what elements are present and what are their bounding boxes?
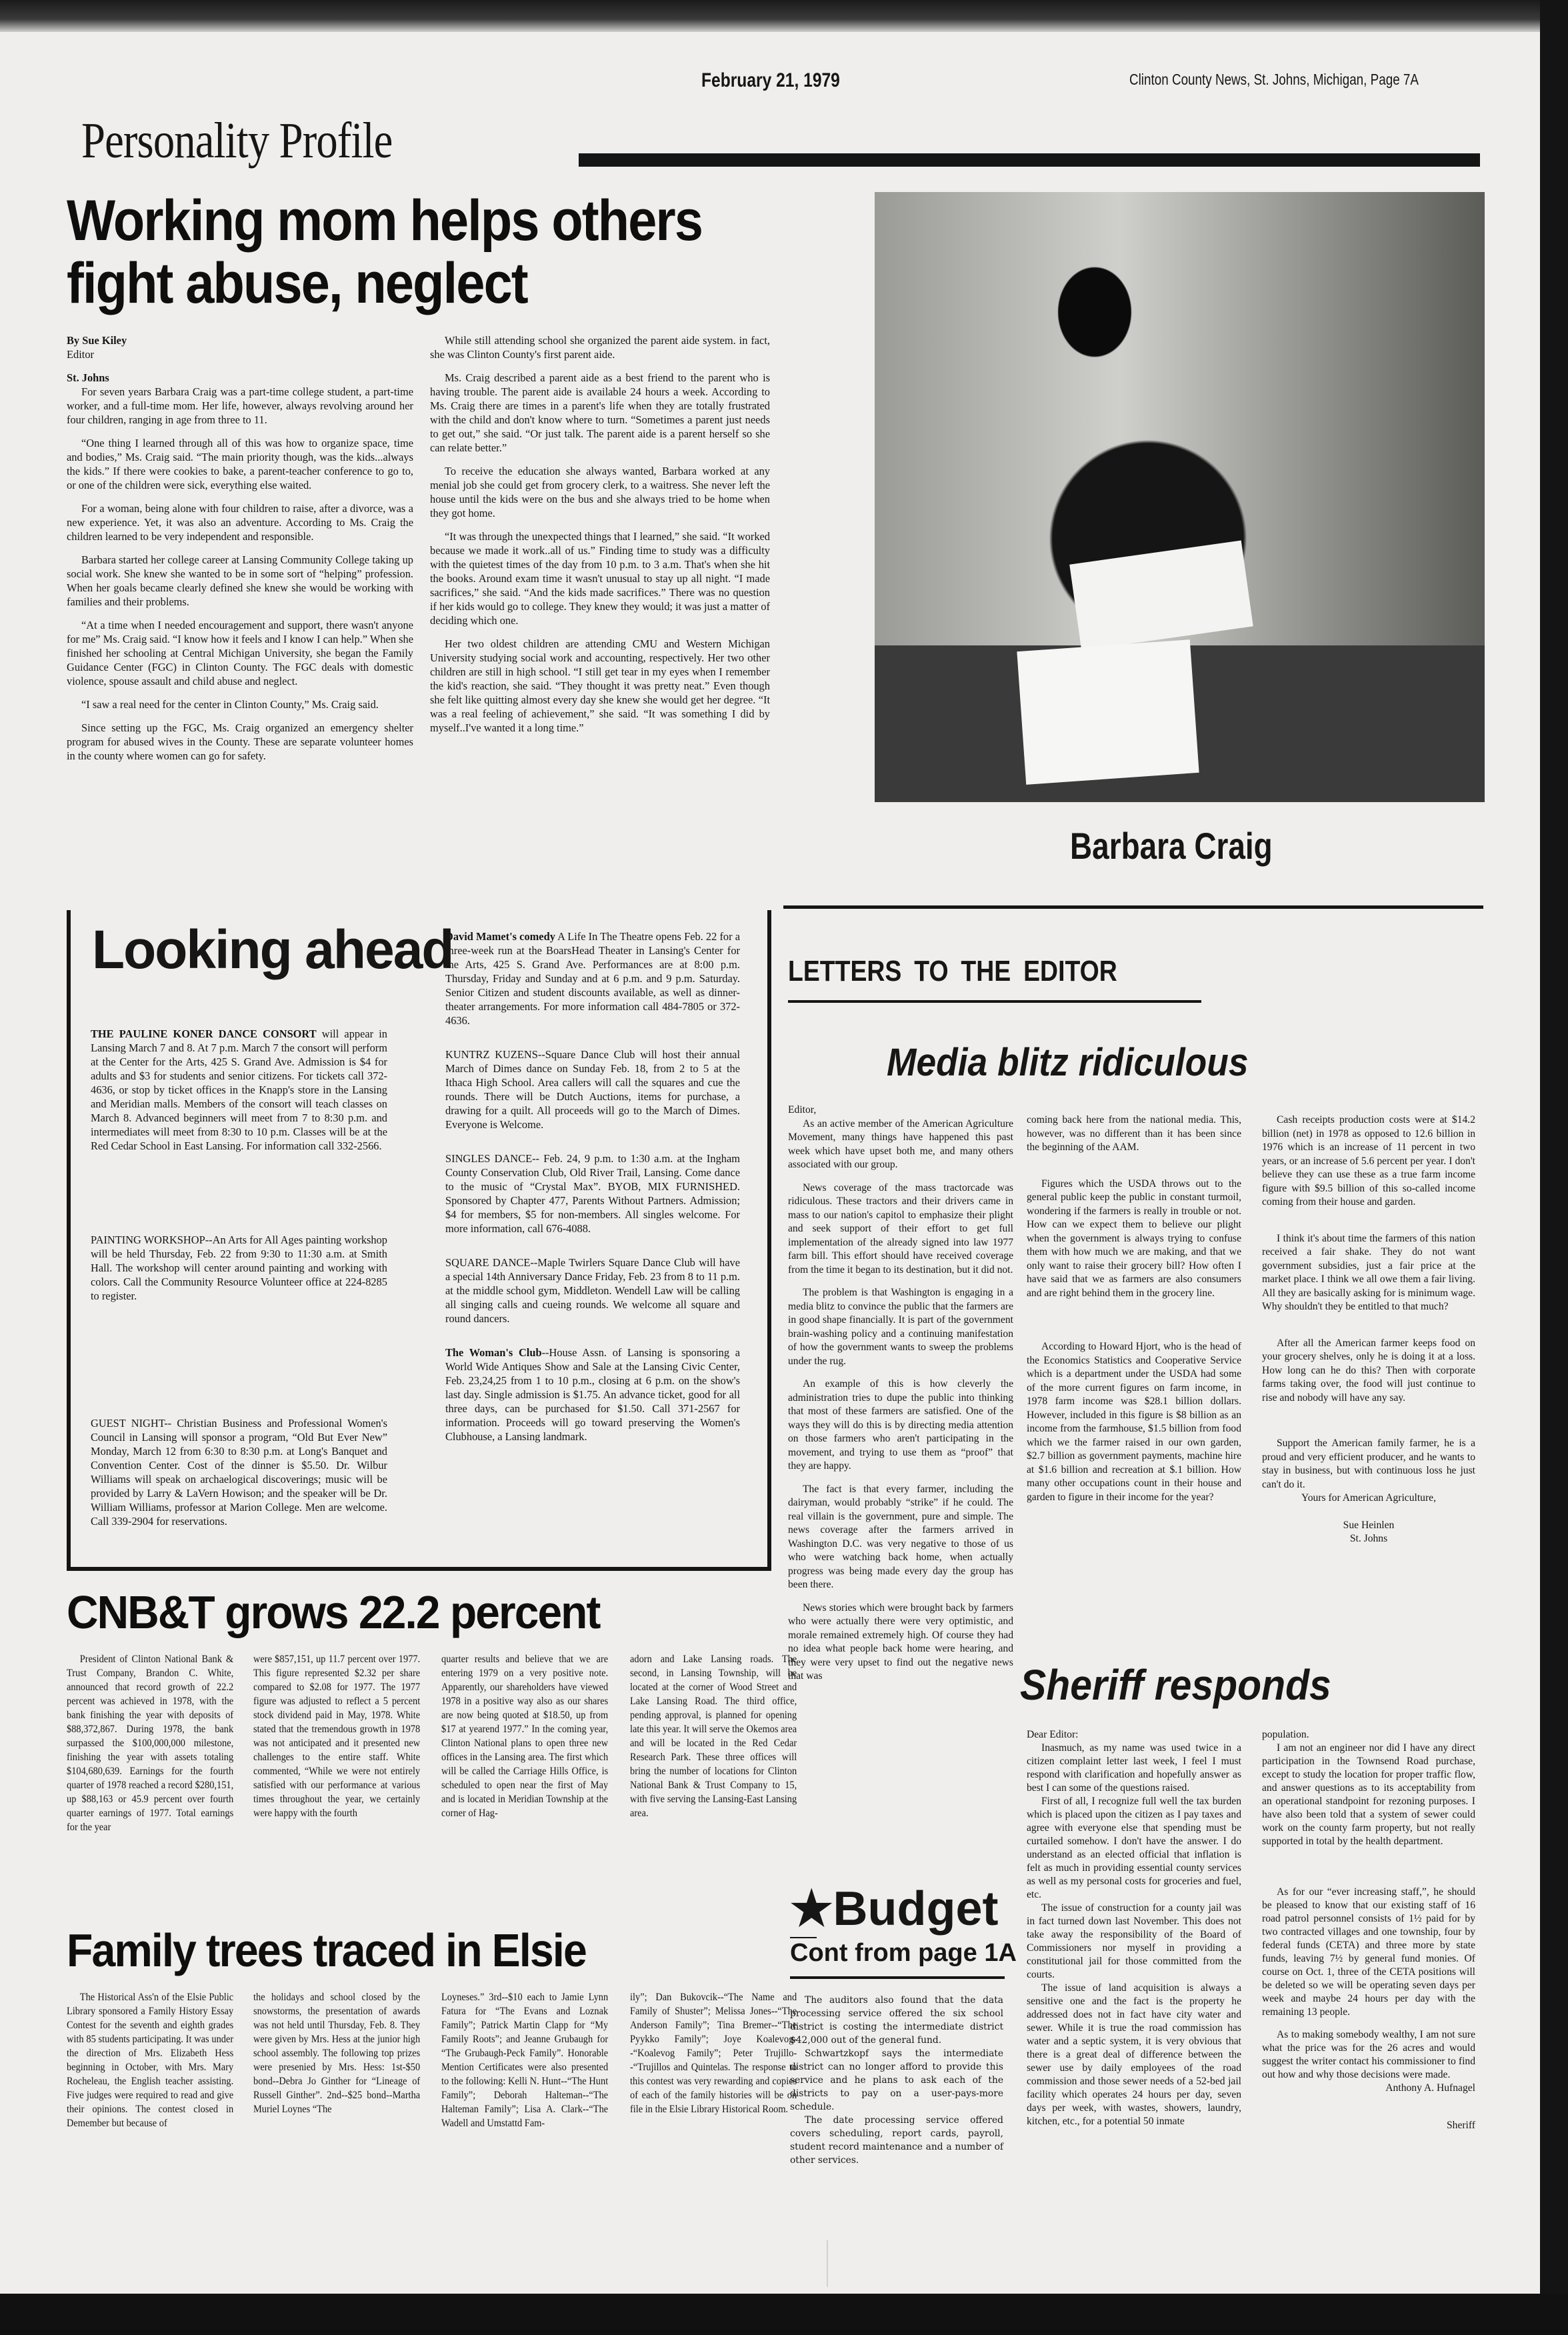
salutation: Dear Editor: bbox=[1027, 1728, 1241, 1742]
paragraph: While still attending school she organiz… bbox=[430, 333, 770, 361]
looking-ahead-left-column: THE PAULINE KONER DANCE CONSORT will app… bbox=[91, 1027, 387, 1538]
paragraph: First of all, I recognize full well the … bbox=[1027, 1795, 1241, 1902]
paragraph: Since setting up the FGC, Ms. Craig orga… bbox=[67, 721, 413, 763]
event-lead: THE PAULINE KONER DANCE CONSORT bbox=[91, 1027, 317, 1040]
paragraph: For seven years Barbara Craig was a part… bbox=[67, 385, 413, 427]
photo-papers bbox=[1017, 639, 1199, 785]
profile-column-2: While still attending school she organiz… bbox=[430, 333, 770, 744]
paragraph: The Historical Ass'n of the Elsie Public… bbox=[67, 1990, 233, 2130]
page-folio: Clinton County News, St. Johns, Michigan… bbox=[1129, 71, 1419, 89]
cnbt-column-4: adorn and Lake Lansing roads. The second… bbox=[630, 1652, 797, 1830]
scan-top-edge bbox=[0, 0, 1540, 32]
media-blitz-column-1: Editor, As an active member of the Ameri… bbox=[788, 1103, 1013, 1693]
profile-headline-line1: Working mom helps others bbox=[67, 188, 702, 254]
newspaper-page: February 21, 1979 Clinton County News, S… bbox=[0, 0, 1540, 2335]
sheriff-column-1: Dear Editor: Inasmuch, as my name was us… bbox=[1027, 1728, 1241, 2128]
paragraph: Ms. Craig described a parent aide as a b… bbox=[430, 371, 770, 455]
letters-rule bbox=[788, 1000, 1201, 1003]
paragraph: The issue of land acquisition is always … bbox=[1027, 1982, 1241, 2128]
paragraph: News stories which were brought back by … bbox=[788, 1602, 1013, 1684]
paragraph: adorn and Lake Lansing roads. The second… bbox=[630, 1652, 797, 1820]
scan-artifact bbox=[827, 2240, 828, 2287]
salutation: Editor, bbox=[788, 1103, 1013, 1117]
paragraph: Barbara started her college career at La… bbox=[67, 553, 413, 609]
sheriff-headline: Sheriff responds bbox=[1020, 1660, 1331, 1710]
event-listing: PAINTING WORKSHOP--An Arts for All Ages … bbox=[91, 1233, 387, 1303]
paragraph: Cash receipts production costs were at $… bbox=[1262, 1113, 1475, 1210]
byline-title: Editor bbox=[67, 347, 413, 361]
paragraph: The auditors also found that the data pr… bbox=[790, 1994, 1003, 2047]
family-column-1: The Historical Ass'n of the Elsie Public… bbox=[67, 1990, 233, 2140]
budget-short-rule bbox=[790, 1937, 817, 1938]
cnbt-column-1: President of Clinton National Bank & Tru… bbox=[67, 1652, 233, 1844]
paragraph: According to Howard Hjort, who is the he… bbox=[1027, 1340, 1241, 1504]
photo-papers bbox=[1069, 541, 1253, 651]
paragraph: Support the American family farmer, he i… bbox=[1262, 1437, 1475, 1492]
section-rule bbox=[783, 905, 1483, 909]
continued-line: Cont from page 1A bbox=[790, 1939, 1017, 1968]
paragraph: For a woman, being alone with four child… bbox=[67, 501, 413, 543]
closing: Yours for American Agriculture, bbox=[1262, 1492, 1475, 1506]
event-listing: GUEST NIGHT-- Christian Business and Pro… bbox=[91, 1416, 387, 1528]
paragraph: the holidays and school closed by the sn… bbox=[253, 1990, 420, 2116]
paragraph: “I saw a real need for the center in Cli… bbox=[67, 697, 413, 711]
media-blitz-headline: Media blitz ridiculous bbox=[887, 1040, 1249, 1085]
media-blitz-column-2: coming back here from the national media… bbox=[1027, 1113, 1241, 1514]
event-listing: SQUARE DANCE--Maple Twirlers Square Danc… bbox=[445, 1256, 740, 1326]
budget-headline: ★Budget bbox=[790, 1880, 999, 1936]
paragraph: Her two oldest children are attending CM… bbox=[430, 637, 770, 735]
paragraph: As for our “ever increasing staff,”, he … bbox=[1262, 1886, 1475, 2019]
paragraph: The issue of construction for a county j… bbox=[1027, 1902, 1241, 1982]
cnbt-headline: CNB&T grows 22.2 percent bbox=[67, 1586, 600, 1639]
photo-caption: Barbara Craig bbox=[1070, 824, 1273, 867]
paragraph: I am not an engineer nor did I have any … bbox=[1262, 1742, 1475, 1848]
paragraph: After all the American farmer keeps food… bbox=[1262, 1337, 1475, 1406]
paragraph: An example of this is how cleverly the a… bbox=[788, 1378, 1013, 1474]
paragraph: “It was through the unexpected things th… bbox=[430, 529, 770, 627]
letters-section-title: LETTERS TO THE EDITOR bbox=[788, 955, 1117, 988]
section-kicker: Personality Profile bbox=[81, 112, 392, 170]
event-listing: The Woman's Club--House Assn. of Lansing… bbox=[445, 1346, 740, 1444]
family-column-4: ily”; Dan Bukovcik--“The Name and Family… bbox=[630, 1990, 797, 2126]
signature-town: St. Johns bbox=[1262, 1532, 1475, 1546]
media-blitz-column-3: Cash receipts production costs were at $… bbox=[1262, 1113, 1475, 1556]
paragraph: The fact is that every farmer, including… bbox=[788, 1483, 1013, 1592]
paragraph: quarter results and believe that we are … bbox=[441, 1652, 608, 1820]
dateline: St. Johns bbox=[67, 371, 413, 385]
paragraph: News coverage of the mass tractorcade wa… bbox=[788, 1182, 1013, 1278]
looking-ahead-title: Looking ahead bbox=[92, 919, 453, 981]
paragraph: were $857,151, up 11.7 percent over 1977… bbox=[253, 1652, 420, 1820]
sheriff-column-2: population. I am not an engineer nor did… bbox=[1262, 1728, 1475, 2142]
paragraph: population. bbox=[1262, 1728, 1475, 1742]
paragraph: coming back here from the national media… bbox=[1027, 1113, 1241, 1155]
paragraph: “At a time when I needed encouragement a… bbox=[67, 618, 413, 688]
signature-title: Sheriff bbox=[1262, 2119, 1475, 2132]
signature-name: Anthony A. Hufnagel bbox=[1262, 2082, 1475, 2095]
paragraph: President of Clinton National Bank & Tru… bbox=[67, 1652, 233, 1834]
paragraph: The date processing service offered cove… bbox=[790, 2114, 1003, 2167]
family-column-3: Loyneses.” 3rd--$10 each to Jamie Lynn F… bbox=[441, 1990, 608, 2140]
cnbt-column-3: quarter results and believe that we are … bbox=[441, 1652, 608, 1830]
paragraph: ily”; Dan Bukovcik--“The Name and Family… bbox=[630, 1990, 797, 2116]
event-lead: David Mamet's comedy bbox=[445, 930, 555, 943]
family-trees-headline: Family trees traced in Elsie bbox=[67, 1924, 586, 1977]
paragraph: “One thing I learned through all of this… bbox=[67, 436, 413, 492]
scan-bottom-edge bbox=[0, 2294, 1568, 2335]
profile-column-1: By Sue Kiley Editor St. Johns For seven … bbox=[67, 333, 413, 772]
scan-right-edge bbox=[1540, 0, 1568, 2335]
profile-headline-line2: fight abuse, neglect bbox=[67, 251, 527, 317]
byline: By Sue Kiley bbox=[67, 333, 413, 347]
star-icon: ★ bbox=[790, 1882, 833, 1936]
event-listing: David Mamet's comedy A Life In The Theat… bbox=[445, 929, 740, 1027]
paragraph: The problem is that Washington is engagi… bbox=[788, 1286, 1013, 1368]
signature-name: Sue Heinlen bbox=[1262, 1519, 1475, 1533]
event-listing: KUNTRZ KUZENS--Square Dance Club will ho… bbox=[445, 1047, 740, 1131]
event-listing: THE PAULINE KONER DANCE CONSORT will app… bbox=[91, 1027, 387, 1153]
looking-ahead-right-column: David Mamet's comedy A Life In The Theat… bbox=[445, 929, 740, 1453]
event-lead: The Woman's Club bbox=[445, 1346, 542, 1359]
budget-rule bbox=[790, 1976, 1005, 1979]
paragraph: Figures which the USDA throws out to the… bbox=[1027, 1178, 1241, 1301]
paragraph: As an active member of the American Agri… bbox=[788, 1117, 1013, 1172]
issue-date: February 21, 1979 bbox=[701, 69, 840, 92]
event-listing: SINGLES DANCE-- Feb. 24, 9 p.m. to 1:30 … bbox=[445, 1151, 740, 1236]
barbara-craig-photo bbox=[875, 192, 1485, 802]
paragraph: Loyneses.” 3rd--$10 each to Jamie Lynn F… bbox=[441, 1990, 608, 2130]
cnbt-column-2: were $857,151, up 11.7 percent over 1977… bbox=[253, 1652, 420, 1830]
kicker-rule bbox=[579, 153, 1480, 167]
paragraph: As to making somebody wealthy, I am not … bbox=[1262, 2028, 1475, 2082]
paragraph: Schwartzkopf says the intermediate distr… bbox=[790, 2047, 1003, 2114]
budget-column: The auditors also found that the data pr… bbox=[790, 1994, 1003, 2167]
family-column-2: the holidays and school closed by the sn… bbox=[253, 1990, 420, 2126]
paragraph: I think it's about time the farmers of t… bbox=[1262, 1232, 1475, 1314]
paragraph: To receive the education she always want… bbox=[430, 464, 770, 520]
paragraph: Inasmuch, as my name was used twice in a… bbox=[1027, 1742, 1241, 1795]
